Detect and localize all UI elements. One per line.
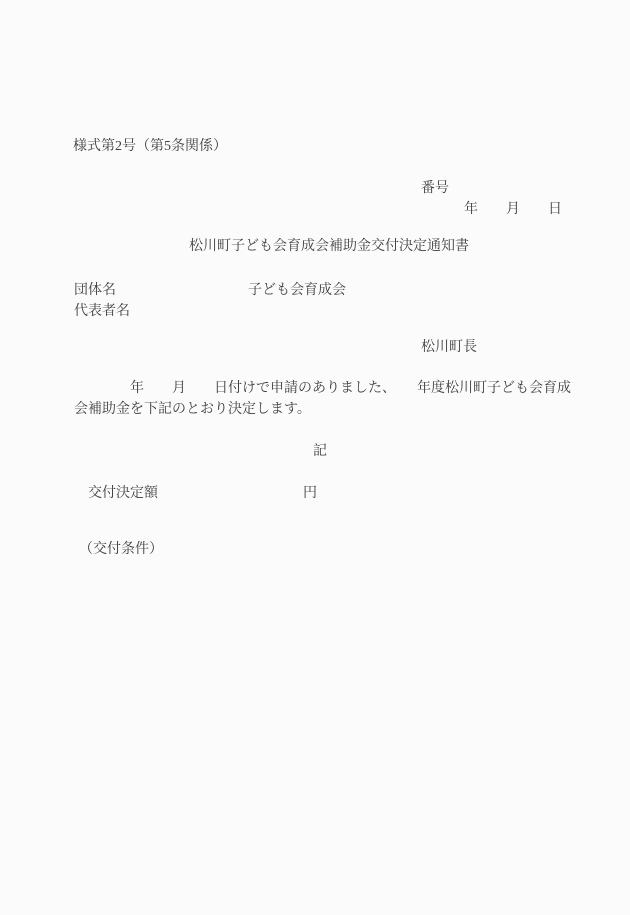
record-marker: 記	[313, 444, 327, 459]
body-paragraph-line1: 年 月 日付けで申請のありました、 年度松川町子ども会育成	[74, 381, 571, 396]
representative-name-label: 代表者名	[74, 304, 130, 319]
sender-mayor-title: 松川町長	[421, 340, 477, 355]
organization-name-value: 子ども会育成会	[248, 283, 346, 298]
organization-name-label: 団体名	[74, 283, 116, 298]
document-title: 松川町子ども会育成会補助金交付決定通知書	[189, 239, 469, 254]
grant-conditions-label: （交付条件）	[79, 542, 163, 557]
date-blank-line: 年 月 日	[464, 202, 562, 217]
document-number-label: 番号	[421, 181, 449, 196]
form-number-label: 様式第2号（第5条関係）	[73, 139, 227, 154]
yen-unit-label: 円	[303, 486, 317, 501]
grant-amount-label: 交付決定額	[88, 486, 158, 501]
body-paragraph-line2: 会補助金を下記のとおり決定します。	[74, 402, 311, 417]
document-page: 様式第2号（第5条関係） 番号 年 月 日 松川町子ども会育成会補助金交付決定通…	[0, 0, 630, 915]
